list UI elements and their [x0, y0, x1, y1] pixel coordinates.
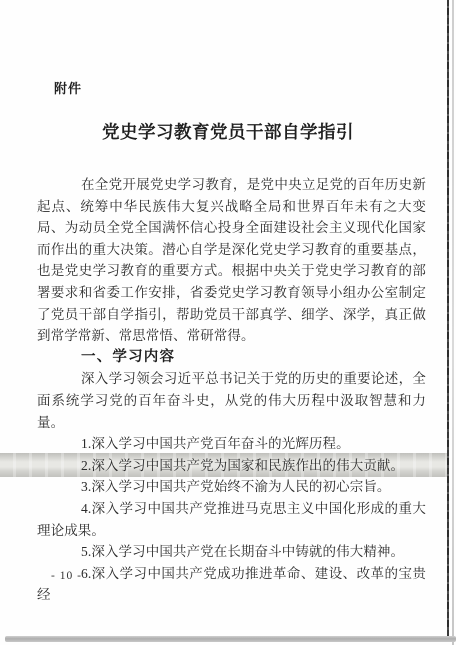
study-item-6: 6.深入学习中国共产党成功推进革命、建设、改革的宝贵经	[37, 563, 426, 606]
study-item-2: 2.深入学习中国共产党为国家和民族作出的伟大贡献。	[37, 455, 426, 477]
study-item-5: 5.深入学习中国共产党在长期奋斗中铸就的伟大精神。	[37, 541, 426, 563]
page-number: - 10 -	[51, 570, 82, 582]
attachment-label: 附件	[54, 78, 82, 97]
section-lead-paragraph: 深入学习领会习近平总书记关于党的历史的重要论述，全面系统学习党的百年奋斗史，从党…	[37, 368, 426, 433]
study-item-4: 4.深入学习中国共产党推进马克思主义中国化形成的重大理论成果。	[37, 498, 426, 541]
scan-edge-line-dark	[447, 0, 449, 642]
document-body: 在全党开展党史学习教育，是党中央立足党的百年历史新起点、统筹中华民族伟大复兴战略…	[37, 174, 426, 606]
intro-paragraph: 在全党开展党史学习教育，是党中央立足党的百年历史新起点、统筹中华民族伟大复兴战略…	[37, 174, 426, 347]
study-item-3: 3.深入学习中国共产党始终不渝为人民的初心宗旨。	[37, 476, 426, 498]
section-heading: 一、学习内容	[37, 347, 426, 369]
document-page: 附件 党史学习教育党员干部自学指引 在全党开展党史学习教育，是党中央立足党的百年…	[0, 0, 456, 645]
document-title: 党史学习教育党员干部自学指引	[0, 119, 456, 144]
scan-edge-line-light	[452, 0, 454, 645]
page-bottom-shadow	[5, 636, 456, 642]
study-item-1: 1.深入学习中国共产党百年奋斗的光辉历程。	[37, 433, 426, 455]
